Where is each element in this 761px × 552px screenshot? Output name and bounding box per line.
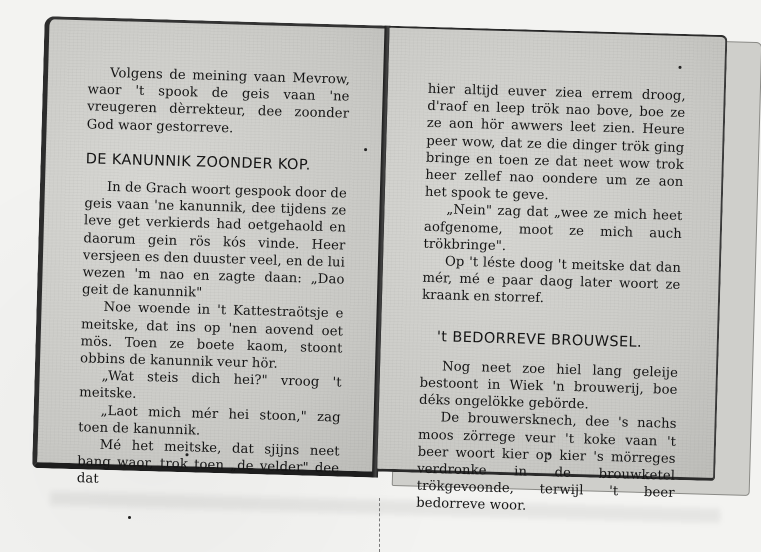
left-intro-paragraph: Volgens de meining vaan Mevrow, waor 't … — [86, 64, 350, 140]
right-page: hier altijd euver ziea errem droog, d'ra… — [377, 26, 727, 481]
left-chapter-heading: DE KANUNNIK ZOONDER KOP. — [85, 151, 347, 176]
scan-speck — [364, 148, 367, 151]
left-paragraph: Noe woende in 't Kattestraötsje e meitsk… — [80, 299, 344, 375]
right-page-text: hier altijd euver ziea errem droog, d'ra… — [416, 81, 686, 520]
left-page-text: Volgens de meining vaan Mevrow, waor 't … — [77, 64, 351, 495]
scan-speck — [185, 453, 188, 456]
right-chapter-heading: 't BEDORREVE BROUWSEL. — [437, 329, 679, 353]
scan-speck — [678, 66, 681, 69]
right-paragraph: De brouwersknech, dee 's nachs moos zörr… — [416, 409, 677, 519]
scan-speck — [128, 516, 131, 519]
right-paragraph: „Nein" zag dat „wee ze mich heet aofgeno… — [423, 201, 682, 260]
scan-speck — [548, 452, 551, 455]
scan-background: Volgens de meining vaan Mevrow, waor 't … — [0, 0, 761, 552]
left-page: Volgens de meining vaan Mevrow, waor 't … — [32, 16, 389, 477]
right-paragraph: Nog neet zoe hiel lang geleije bestoont … — [419, 358, 678, 417]
scan-fold-line — [379, 498, 381, 552]
right-continued-paragraph: hier altijd euver ziea errem droog, d'ra… — [425, 81, 686, 209]
left-paragraph: Mé het meitske, dat sjijns neet bang wao… — [77, 436, 340, 495]
left-paragraph: In de Grach woort gespook door de geis v… — [82, 178, 347, 306]
open-book: Volgens de meining vaan Mevrow, waor 't … — [32, 16, 760, 506]
right-paragraph: Op 't léste doog 't meitske dat dan mér,… — [422, 253, 681, 312]
